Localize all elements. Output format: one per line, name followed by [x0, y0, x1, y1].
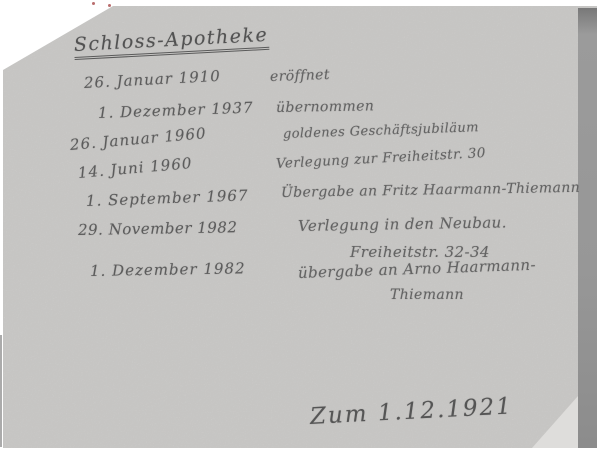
scan-speck	[92, 2, 95, 5]
entry-event: Verlegung in den Neubau.	[298, 213, 507, 235]
entry-date: 1. September 1967	[86, 186, 249, 210]
entry-date: 29. November 1982	[78, 218, 238, 239]
entry-date: 1. Dezember 1937	[98, 99, 254, 122]
document-title: Schloss-Apotheke	[73, 24, 269, 60]
entry-event: übergabe an Arno Haarmann-	[298, 256, 537, 282]
entry-event: goldenes Geschäftsjubiläum	[283, 120, 479, 142]
entry-date: 1. Dezember 1982	[90, 259, 246, 280]
entry-event: Verlegung zur Freiheitstr. 30	[276, 145, 487, 172]
corner-cut-bottom-right	[532, 396, 578, 448]
scanned-document-page: Schloss-Apotheke 26. Januar 1910 eröffne…	[0, 0, 600, 453]
scanned-paper: Schloss-Apotheke 26. Januar 1910 eröffne…	[3, 6, 597, 448]
entry-date: 26. Januar 1910	[84, 67, 222, 92]
entry-event: übernommen	[276, 98, 375, 116]
entry-date: 26. Januar 1960	[69, 124, 207, 154]
footer-date-note: Zum 1.12.1921	[309, 393, 513, 430]
entry-date: 14. Juni 1960	[77, 154, 193, 182]
scan-speck	[108, 4, 111, 7]
scan-edge-line	[0, 335, 2, 447]
scan-shadow-strip	[578, 8, 597, 448]
entry-event: Übergabe an Fritz Haarmann-Thiemann	[281, 180, 580, 201]
entry-event-continued: Thiemann	[390, 287, 464, 303]
entry-event: eröffnet	[270, 67, 330, 85]
